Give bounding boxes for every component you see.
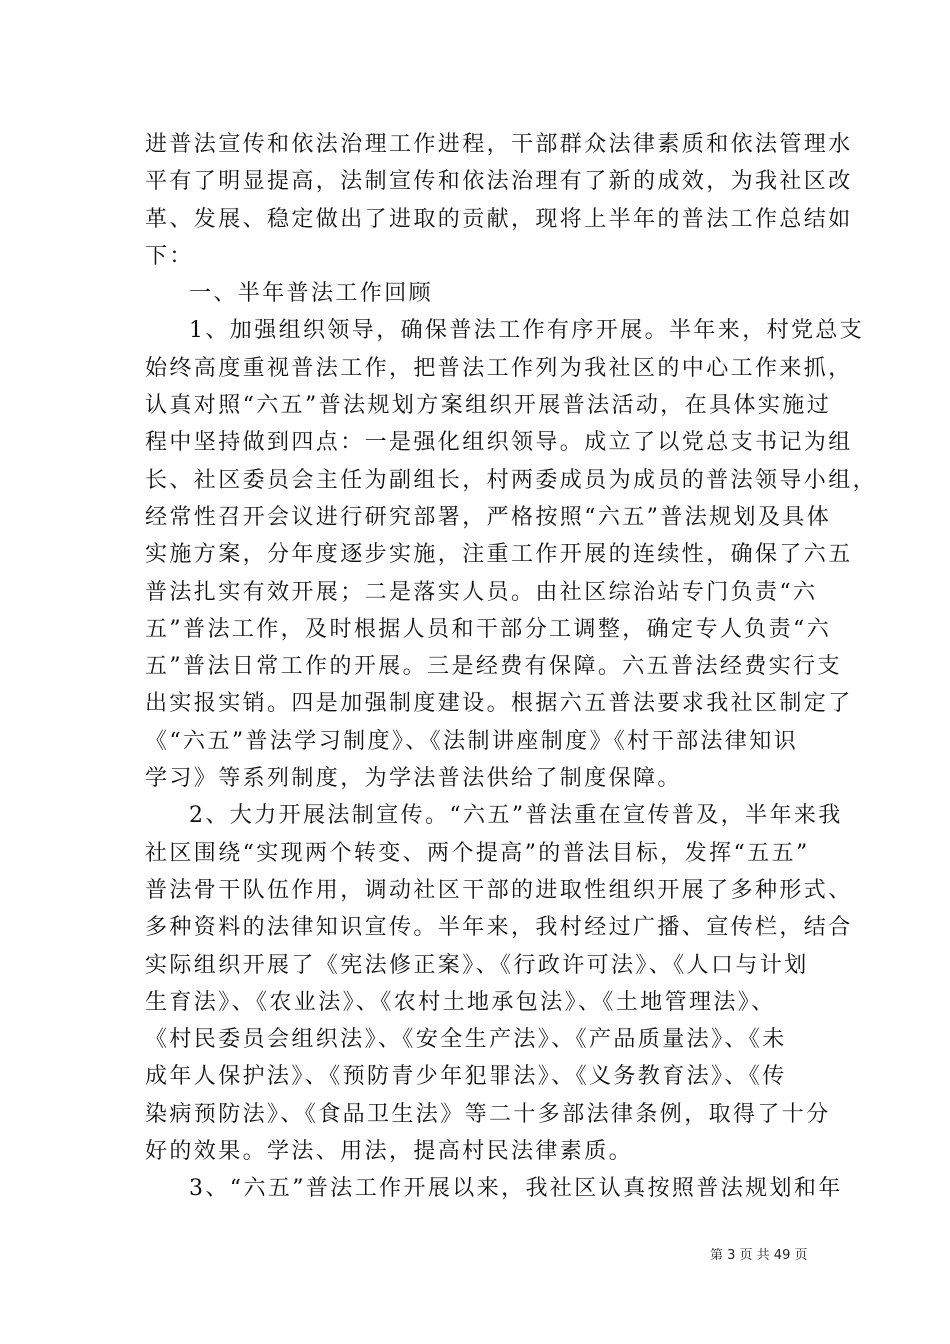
paragraph-first-line: 一、半年普法工作回顾 [145, 275, 807, 312]
text-line: 革、发展、稳定做出了进取的贡献，现将上半年的普法工作总结如 [145, 201, 807, 238]
text-line: 认真对照“六五”普法规划方案组织开展普法活动，在具体实施过 [145, 387, 807, 424]
text-line: 普法扎实有效开展；二是落实人员。由社区综治站专门负责“六 [145, 574, 807, 611]
text-line: 多种资料的法律知识宣传。半年来，我村经过广播、宣传栏，结合 [145, 909, 807, 946]
text-line: 实施方案，分年度逐步实施，注重工作开展的连续性，确保了六五 [145, 536, 807, 573]
text-line: 生育法》、《农业法》、《农村土地承包法》、《土地管理法》、 [145, 984, 807, 1021]
paragraph-first-line: 3、“六五”普法工作开展以来，我社区认真按照普法规划和年 [145, 1170, 807, 1207]
text-line: 五”普法日常工作的开展。三是经费有保障。六五普法经费实行支 [145, 648, 807, 685]
text-line: 经常性召开会议进行研究部署，严格按照“六五”普法规划及具体 [145, 499, 807, 536]
text-line: 《“六五”普法学习制度》、《法制讲座制度》《村干部法律知识 [145, 723, 807, 760]
text-line: 进普法宣传和依法治理工作进程，干部群众法律素质和依法管理水 [145, 126, 807, 163]
text-line: 始终高度重视普法工作，把普法工作列为我社区的中心工作来抓， [145, 350, 807, 387]
text-line: 长、社区委员会主任为副组长，村两委成员为成员的普法领导小组， [145, 462, 807, 499]
document-body: 进普法宣传和依法治理工作进程，干部群众法律素质和依法管理水平有了明显提高，法制宣… [145, 126, 807, 1208]
text-line: 实际组织开展了《宪法修正案》、《行政许可法》、《人口与计划 [145, 947, 807, 984]
text-line: 染病预防法》、《食品卫生法》等二十多部法律条例，取得了十分 [145, 1096, 807, 1133]
text-line: 普法骨干队伍作用，调动社区干部的进取性组织开展了多种形式、 [145, 872, 807, 909]
text-line: 学习》等系列制度，为学法普法供给了制度保障。 [145, 760, 807, 797]
text-line: 出实报实销。四是加强制度建设。根据六五普法要求我社区制定了 [145, 685, 807, 722]
text-line: 五”普法工作，及时根据人员和干部分工调整，确定专人负责“六 [145, 611, 807, 648]
text-line: 成年人保护法》、《预防青少年犯罪法》、《义务教育法》、《传 [145, 1058, 807, 1095]
text-line: 《村民委员会组织法》、《安全生产法》、《产品质量法》、《未 [145, 1021, 807, 1058]
text-line: 平有了明显提高，法制宣传和依法治理有了新的成效，为我社区改 [145, 163, 807, 200]
paragraph-first-line: 2、大力开展法制宣传。“六五”普法重在宣传普及，半年来我 [145, 797, 807, 834]
page-number-footer: 第 3 页 共 49 页 [710, 1244, 807, 1263]
document-page: 进普法宣传和依法治理工作进程，干部群众法律素质和依法管理水平有了明显提高，法制宣… [0, 0, 950, 1344]
text-line: 社区围绕“实现两个转变、两个提高”的普法目标，发挥“五五” [145, 835, 807, 872]
text-line: 下： [145, 238, 807, 275]
paragraph-first-line: 1、加强组织领导，确保普法工作有序开展。半年来，村党总支 [145, 312, 807, 349]
text-line: 程中坚持做到四点：一是强化组织领导。成立了以党总支书记为组 [145, 424, 807, 461]
text-line: 好的效果。学法、用法，提高村民法律素质。 [145, 1133, 807, 1170]
